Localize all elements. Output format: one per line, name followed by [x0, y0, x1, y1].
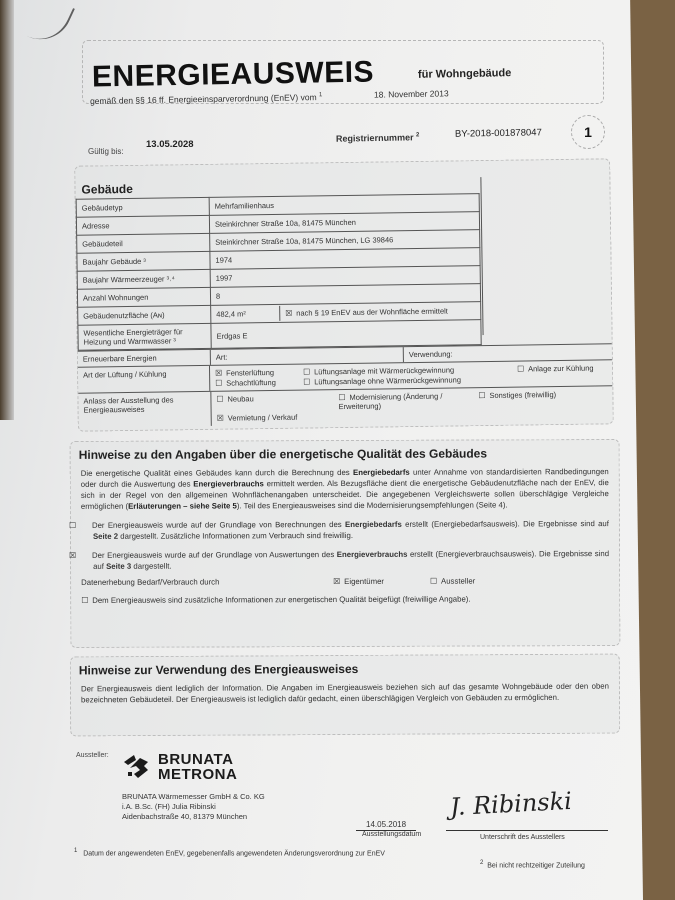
area-label: Gebäudenutzfläche (Aɴ) — [78, 305, 211, 325]
option-checkbox[interactable]: ☐Aussteller — [430, 577, 475, 586]
page-number-badge: 1 — [571, 115, 605, 149]
valid-until-value: 13.05.2028 — [146, 139, 194, 150]
checkbox-icon[interactable]: ☒ — [217, 414, 225, 423]
checkbox-icon[interactable]: ☐ — [430, 577, 438, 586]
row-label: Adresse — [76, 215, 209, 235]
page-shadow — [0, 0, 14, 420]
checkbox-icon[interactable]: ☒ — [215, 369, 223, 378]
checkbox-icon[interactable]: ☐ — [215, 379, 223, 388]
issuer-logo-text: BRUNATA METRONA — [158, 752, 237, 782]
checkbox-icon[interactable]: ☒ — [333, 577, 341, 586]
checkbox-icon[interactable]: ☐ — [303, 377, 311, 386]
additional-info-option[interactable]: ☐Dem Energieausweis sind zusätzliche Inf… — [71, 588, 619, 608]
row-label: Baujahr Gebäude ³ — [77, 251, 210, 271]
signature-line — [446, 830, 608, 831]
option-checkbox[interactable]: ☒Fensterlüftung — [215, 368, 297, 378]
option-checkbox[interactable]: ☒Eigentümer — [333, 577, 384, 586]
quality-hints-title: Hinweise zu den Angaben über die energet… — [71, 440, 619, 468]
option-checkbox[interactable]: ☐Schachtlüftung — [215, 378, 297, 388]
option-checkbox[interactable]: ☐Lüftungsanlage ohne Wärmerückgewinnung — [303, 375, 511, 387]
building-photo-placeholder — [480, 175, 607, 335]
checkbox-icon[interactable]: ☐ — [517, 364, 525, 373]
signature-label: Unterschrift des Ausstellers — [480, 834, 565, 841]
consumption-based-option[interactable]: ☒Der Energieausweis wurde auf der Grundl… — [71, 548, 619, 572]
occasion-options: ☐Neubau☐Modernisierung (Änderung / Erwei… — [211, 386, 603, 425]
data-collection-label: Datenerhebung Bedarf/Verbrauch durch — [81, 577, 219, 586]
renewable-type: Art: — [211, 347, 404, 365]
usage-hints-title: Hinweise zur Verwendung des Energieauswe… — [71, 655, 619, 684]
option-checkbox[interactable]: ☐Sonstiges (freiwillig) — [478, 390, 592, 410]
demand-based-option[interactable]: ☐Der Energieausweis wurde auf der Grundl… — [71, 518, 619, 542]
option-checkbox[interactable]: ☒Vermietung / Verkauf — [217, 412, 333, 423]
quality-hints-section: Hinweise zu den Angaben über die energet… — [70, 439, 621, 648]
registration-label: Registriernummer 2 — [336, 132, 420, 143]
issue-date: 14.05.2018 — [356, 820, 416, 831]
issuer-details: BRUNATA Wärmemesser GmbH & Co. KG i.A. B… — [122, 792, 265, 822]
renewable-use: Verwendung: — [404, 346, 458, 362]
row-label: Gebäudetyp — [76, 197, 209, 217]
usage-hints-section: Hinweise zur Verwendung des Energieauswe… — [70, 654, 620, 737]
checkbox-icon[interactable]: ☐ — [81, 596, 89, 605]
option-checkbox[interactable]: ☐Anlage zur Kühlung — [517, 363, 601, 373]
checkbox-icon[interactable]: ☐ — [81, 520, 89, 531]
registration-number: BY-2018-001878047 — [455, 127, 542, 140]
issuer-address: Aidenbachstraße 40, 81379 München — [122, 812, 265, 822]
renewable-label: Erneuerbare Energien — [78, 350, 211, 367]
checkbox-icon[interactable]: ☒ — [285, 309, 293, 318]
checkbox-icon[interactable]: ☐ — [216, 395, 224, 404]
option-checkbox[interactable]: ☐Neubau — [216, 393, 332, 413]
brunata-logo-icon — [122, 752, 152, 780]
option-checkbox[interactable]: ☐Modernisierung (Änderung / Erweiterung) — [338, 391, 472, 411]
row-label: Anzahl Wohnungen — [77, 287, 210, 307]
data-collection-options: ☒Eigentümer☐Aussteller — [333, 577, 481, 587]
checkbox-icon[interactable]: ☒ — [81, 550, 89, 561]
valid-until-label: Gültig bis: — [88, 147, 124, 156]
energy-carrier-label: Wesentliche Energieträger für Heizung un… — [78, 323, 211, 350]
document-subtitle: für Wohngebäude — [418, 67, 511, 81]
building-table: GebäudetypMehrfamilienhausAdresseSteinki… — [76, 193, 482, 351]
document-title: ENERGIEAUSWEIS — [92, 56, 375, 95]
footnote-2: 2 Bei nicht rechtzeitiger Zuteilung — [480, 860, 585, 869]
ventilation-label: Art der Lüftung / Kühlung — [78, 366, 210, 393]
checkbox-icon[interactable]: ☐ — [303, 367, 311, 376]
building-section: Gebäude GebäudetypMehrfamilienhausAdress… — [74, 158, 614, 431]
data-collection-row: Datenerhebung Bedarf/Verbrauch durch ☒Ei… — [71, 570, 619, 590]
row-label: Baujahr Wärmeerzeuger ³˒⁴ — [77, 269, 210, 289]
occasion-row: Anlass der Ausstellung des Energieauswei… — [78, 385, 612, 427]
row-label: Gebäudeteil — [77, 233, 210, 253]
legal-date: 18. November 2013 — [374, 88, 449, 99]
issuer-company: BRUNATA Wärmemesser GmbH & Co. KG — [122, 792, 265, 802]
area-value: 482,4 m² — [211, 306, 280, 322]
issuer-person: i.A. B.Sc. (FH) Julia Ribinski — [122, 802, 265, 812]
quality-hints-text: Die energetische Qualität eines Gebäudes… — [71, 466, 619, 512]
checkbox-icon[interactable]: ☐ — [478, 391, 486, 400]
occasion-label: Anlass der Ausstellung des Energieauswei… — [78, 392, 211, 428]
issue-date-label: Ausstellungsdatum — [362, 831, 421, 838]
issuer-label: Aussteller: — [76, 752, 109, 759]
energy-carrier-value: Erdgas E — [211, 320, 481, 349]
checkbox-icon[interactable]: ☐ — [338, 393, 346, 402]
footnote-1: 1 Datum der angewendeten EnEV, gegebenen… — [74, 848, 385, 857]
area-option[interactable]: ☒nach § 19 EnEV aus der Wohnfläche ermit… — [280, 303, 453, 320]
usage-hints-text: Der Energieausweis dient lediglich der I… — [71, 681, 619, 706]
